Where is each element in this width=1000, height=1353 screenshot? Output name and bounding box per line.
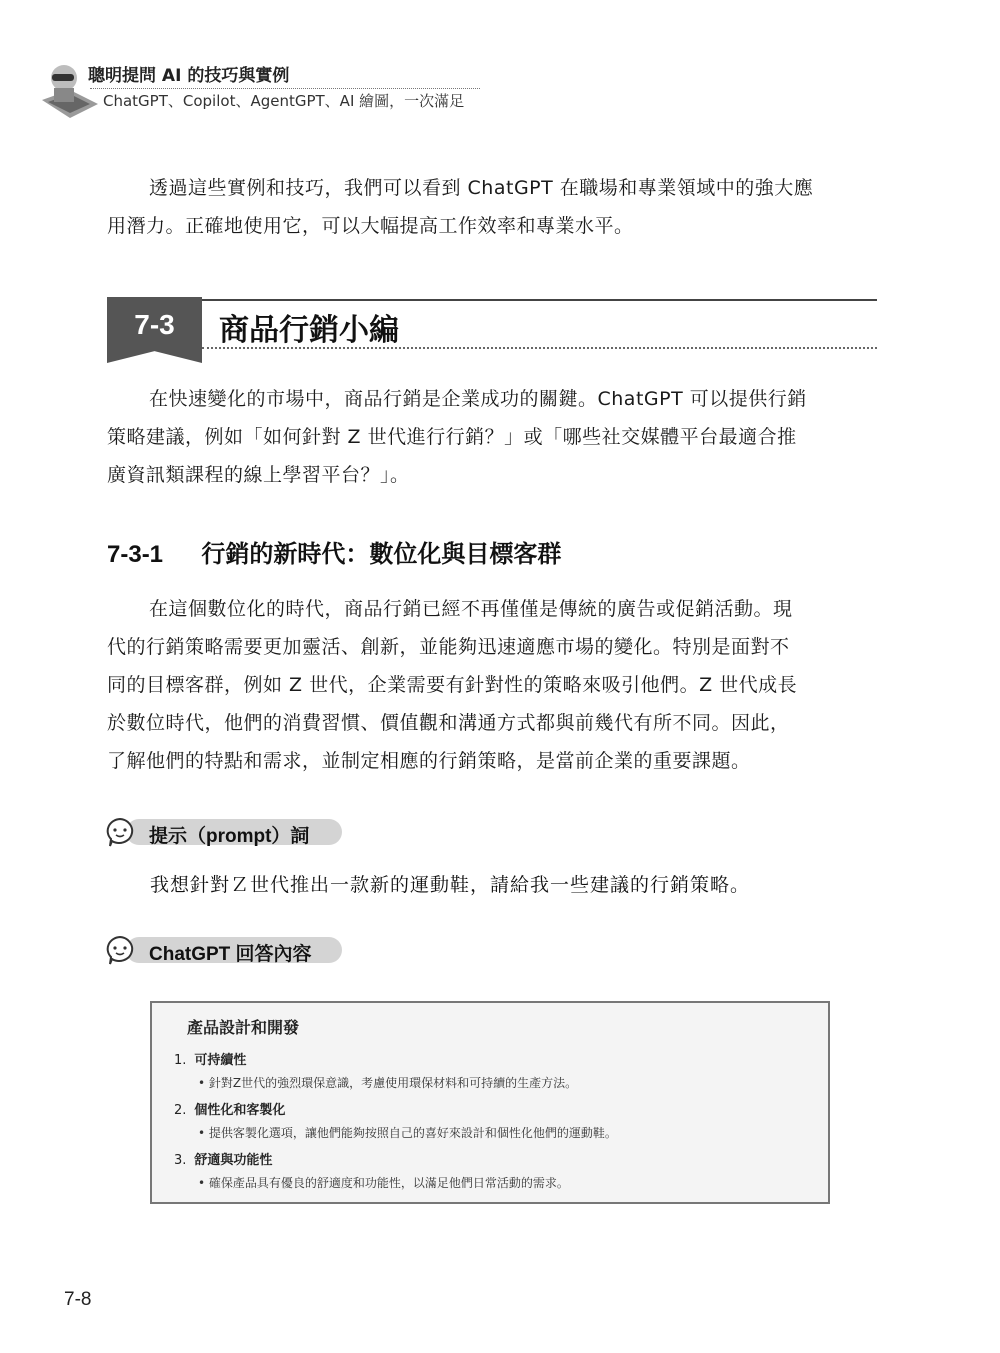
list-bullet: • 提供客製化選項，讓他們能夠按照自己的喜好來設計和個性化他們的運動鞋。 <box>198 1124 617 1141</box>
list-bullet: • 確保產品具有優良的舒適度和功能性，以滿足他們日常活動的需求。 <box>198 1174 569 1191</box>
running-header: 聰明提問 AI 的技巧與實例 ChatGPT、Copilot、AgentGPT、… <box>40 55 480 125</box>
list-item: 2.個性化和客製化 <box>174 1099 285 1118</box>
text-line: 透過這些實例和技巧，我們可以看到 ChatGPT 在職場和專業領域中的強大應 <box>107 169 877 207</box>
section-top-rule <box>202 299 877 301</box>
book-title: 聰明提問 AI 的技巧與實例 <box>88 61 289 86</box>
text-line: 策略建議，例如「如何針對 Z 世代進行行銷？」或「哪些社交媒體平台最適合推 <box>107 418 877 456</box>
response-heading: 產品設計和開發 <box>187 1015 299 1038</box>
chat-bubble-face-icon <box>104 934 136 966</box>
subsection-number: 7-3-1 <box>107 541 163 568</box>
prompt-label: 提示（prompt）詞 <box>149 821 309 848</box>
text-line: 於數位時代，他們的消費習慣、價值觀和溝通方式都與前幾代有所不同。因此， <box>107 704 877 742</box>
section-title: 商品行銷小編 <box>219 305 399 349</box>
text-line: 在這個數位化的時代，商品行銷已經不再僅僅是傳統的廣告或促銷活動。現 <box>107 590 877 628</box>
text-line: 同的目標客群，例如 Z 世代，企業需要有針對性的策略來吸引他們。Z 世代成長 <box>107 666 877 704</box>
item-title: 舒適與功能性 <box>194 1153 272 1168</box>
section-paragraph: 在快速變化的市場中，商品行銷是企業成功的關鍵。ChatGPT 可以提供行銷 策略… <box>107 380 877 494</box>
item-title: 個性化和客製化 <box>194 1103 285 1118</box>
list-item: 3.舒適與功能性 <box>174 1149 272 1168</box>
section-heading: 7-3 商品行銷小編 <box>107 297 877 365</box>
section-dotted-rule <box>202 347 877 349</box>
item-number: 2. <box>174 1103 186 1118</box>
bullet-text: 確保產品具有優良的舒適度和功能性，以滿足他們日常活動的需求。 <box>209 1176 569 1190</box>
text-line: 代的行銷策略需要更加靈活、創新，並能夠迅速適應市場的變化。特別是面對不 <box>107 628 877 666</box>
subsection-heading: 7-3-1 行銷的新時代：數位化與目標客群 <box>107 534 561 569</box>
chatgpt-response-screenshot: 產品設計和開發 1.可持續性 • 針對Z世代的強烈環保意識，考慮使用環保材料和可… <box>150 1001 830 1204</box>
text-line: 用潛力。正確地使用它，可以大幅提高工作效率和專業水平。 <box>107 207 877 245</box>
bullet-text: 提供客製化選項，讓他們能夠按照自己的喜好來設計和個性化他們的運動鞋。 <box>209 1126 617 1140</box>
response-label-badge: ChatGPT 回答內容 <box>104 934 342 966</box>
section-number-tag: 7-3 <box>107 297 202 363</box>
header-divider <box>90 88 480 89</box>
prompt-label-badge: 提示（prompt）詞 <box>104 816 342 848</box>
page-number: 7-8 <box>64 1289 91 1311</box>
subsection-title: 行銷的新時代：數位化與目標客群 <box>201 540 561 568</box>
text-line: 廣資訊類課程的線上學習平台？」。 <box>107 456 877 494</box>
item-number: 1. <box>174 1053 186 1068</box>
item-title: 可持續性 <box>194 1053 246 1068</box>
book-subtitle: ChatGPT、Copilot、AgentGPT、AI 繪圖，一次滿足 <box>103 90 464 111</box>
text-line: 了解他們的特點和需求，並制定相應的行銷策略，是當前企業的重要課題。 <box>107 742 877 780</box>
bullet-text: 針對Z世代的強烈環保意識，考慮使用環保材料和可持續的生產方法。 <box>209 1076 577 1090</box>
chat-bubble-face-icon <box>104 816 136 848</box>
subsection-paragraph: 在這個數位化的時代，商品行銷已經不再僅僅是傳統的廣告或促銷活動。現 代的行銷策略… <box>107 590 877 780</box>
intro-paragraph: 透過這些實例和技巧，我們可以看到 ChatGPT 在職場和專業領域中的強大應 用… <box>107 169 877 245</box>
list-item: 1.可持續性 <box>174 1049 246 1068</box>
response-label: ChatGPT 回答內容 <box>149 939 312 966</box>
list-bullet: • 針對Z世代的強烈環保意識，考慮使用環保材料和可持續的生產方法。 <box>198 1074 577 1091</box>
text-line: 在快速變化的市場中，商品行銷是企業成功的關鍵。ChatGPT 可以提供行銷 <box>107 380 877 418</box>
prompt-text: 我想針對Ｚ世代推出一款新的運動鞋，請給我一些建議的行銷策略。 <box>150 870 750 897</box>
item-number: 3. <box>174 1153 186 1168</box>
